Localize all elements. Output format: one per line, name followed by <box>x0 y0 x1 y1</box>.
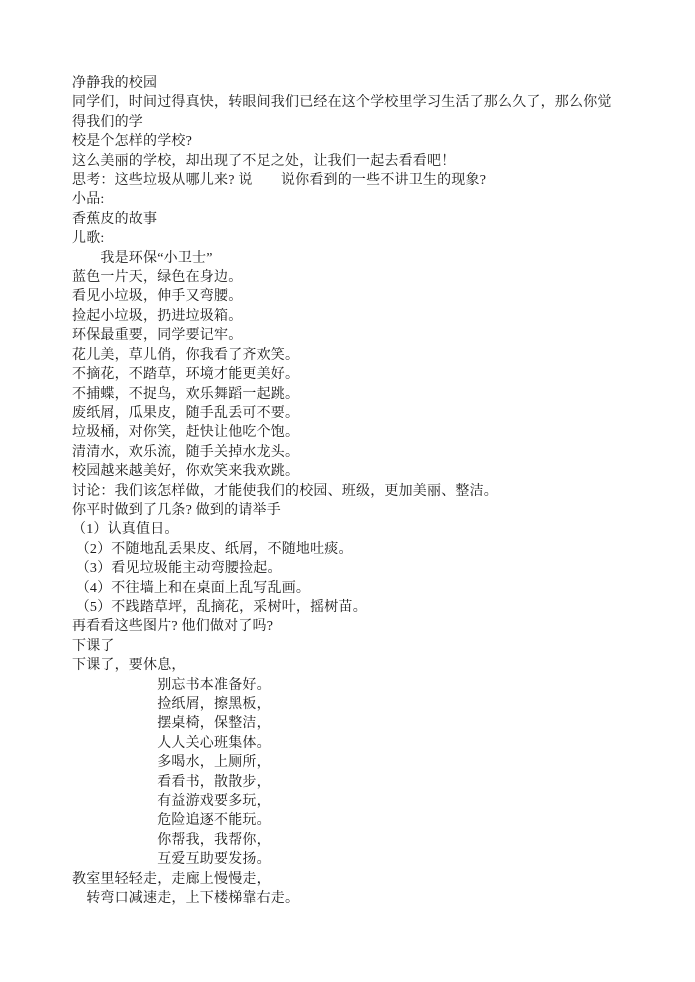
text-line: 思考：这些垃圾从哪儿来? 说 说你看到的一些不讲卫生的现象? <box>72 171 625 190</box>
text-line: 有益游戏要多玩， <box>72 792 625 811</box>
text-line: 互爱互助要发扬。 <box>72 850 625 869</box>
text-line: 香蕉皮的故事 <box>72 210 625 229</box>
text-line: 蓝色一片天，绿色在身边。 <box>72 268 625 287</box>
text-line: 儿歌: <box>72 229 625 248</box>
text-line: 这么美丽的学校，却出现了不足之处，让我们一起去看看吧！ <box>72 152 625 171</box>
text-line: 看看书，散散步， <box>72 773 625 792</box>
text-line: 下课了，要休息， <box>72 656 625 675</box>
text-line: 多喝水，上厕所， <box>72 753 625 772</box>
text-line: 讨论：我们该怎样做，才能使我们的校园、班级，更加美丽、整洁。 <box>72 482 625 501</box>
document-page: 净静我的校园 同学们，时间过得真快，转眼间我们已经在这个学校里学习生活了那么久了… <box>0 0 695 982</box>
text-line: 环保最重要，同学要记牢。 <box>72 326 625 345</box>
text-line: 花儿美，草儿俏，你我看了齐欢笑。 <box>72 346 625 365</box>
text-line: 转弯口减速走，上下楼梯靠右走。 <box>72 889 625 908</box>
text-line: 人人关心班集体。 <box>72 734 625 753</box>
text-line: 校园越来越美好，你欢笑来我欢跳。 <box>72 462 625 481</box>
text-line: 捡起小垃圾，扔进垃圾箱。 <box>72 307 625 326</box>
text-line: 你帮我，我帮你， <box>72 831 625 850</box>
text-line: 不摘花，不踏草，环境才能更美好。 <box>72 365 625 384</box>
text-line: （1）认真值日。 <box>72 520 625 539</box>
text-line: 小品: <box>72 190 625 209</box>
text-line: 下课了 <box>72 637 625 656</box>
document-title: 净静我的校园 <box>72 74 625 93</box>
text-line: （3）看见垃圾能主动弯腰捡起。 <box>72 559 625 578</box>
text-line: 垃圾桶，对你笑，赶快让他吃个饱。 <box>72 423 625 442</box>
text-line: （5）不践踏草坪，乱摘花，采树叶，摇树苗。 <box>72 598 625 617</box>
text-line: 再看看这些图片? 他们做对了吗? <box>72 617 625 636</box>
text-line: 你平时做到了几条? 做到的请举手 <box>72 501 625 520</box>
text-line: （4）不往墙上和在桌面上乱写乱画。 <box>72 579 625 598</box>
text-line: 摆桌椅，保整洁， <box>72 714 625 733</box>
text-line: 我是环保“小卫士” <box>72 249 625 268</box>
text-line: 危险追逐不能玩。 <box>72 811 625 830</box>
text-line: 不捕蝶，不捉鸟，欢乐舞蹈一起跳。 <box>72 385 625 404</box>
text-line: 捡纸屑，擦黑板， <box>72 695 625 714</box>
text-line: 清清水，欢乐流，随手关掉水龙头。 <box>72 443 625 462</box>
text-line: 别忘书本准备好。 <box>72 676 625 695</box>
text-line: （2）不随地乱丢果皮、纸屑，不随地吐痰。 <box>72 540 625 559</box>
text-line: 教室里轻轻走，走廊上慢慢走， <box>72 870 625 889</box>
text-line: 同学们，时间过得真快，转眼间我们已经在这个学校里学习生活了那么久了，那么你觉得我… <box>72 93 625 132</box>
text-line: 废纸屑，瓜果皮，随手乱丢可不要。 <box>72 404 625 423</box>
text-line: 看见小垃圾，伸手又弯腰。 <box>72 287 625 306</box>
text-line: 校是个怎样的学校? <box>72 132 625 151</box>
document-body: 同学们，时间过得真快，转眼间我们已经在这个学校里学习生活了那么久了，那么你觉得我… <box>72 93 625 908</box>
